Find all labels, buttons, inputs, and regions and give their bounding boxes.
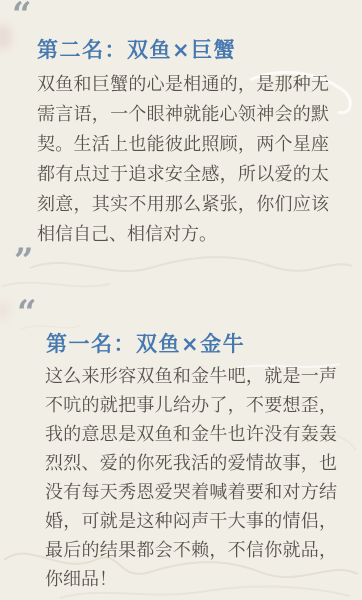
zodiac-article-page: “ 第二名：双鱼×巨蟹 双鱼和巨蟹的心是相通的，是那种无需言语，一个眼神就能心领… bbox=[0, 0, 362, 600]
paper-smudge bbox=[0, 24, 12, 50]
open-quote-icon: “ bbox=[12, 0, 33, 32]
close-quote-icon: ” bbox=[14, 244, 35, 278]
paper-smudge bbox=[0, 300, 10, 320]
section-body-rank-2: 双鱼和巨蟹的心是相通的，是那种无需言语，一个眼神就能心领神会的默契。生活上也能彼… bbox=[37, 70, 329, 250]
section-title-rank-1: 第一名：双鱼×金牛 bbox=[46, 328, 245, 358]
section-body-rank-1: 这么来形容双鱼和金牛吧，就是一声不吭的就把事儿给办了，不要想歪，我的意思是双鱼和… bbox=[45, 362, 337, 594]
open-quote-icon: “ bbox=[17, 296, 38, 330]
section-title-rank-2: 第二名：双鱼×巨蟹 bbox=[37, 34, 236, 64]
